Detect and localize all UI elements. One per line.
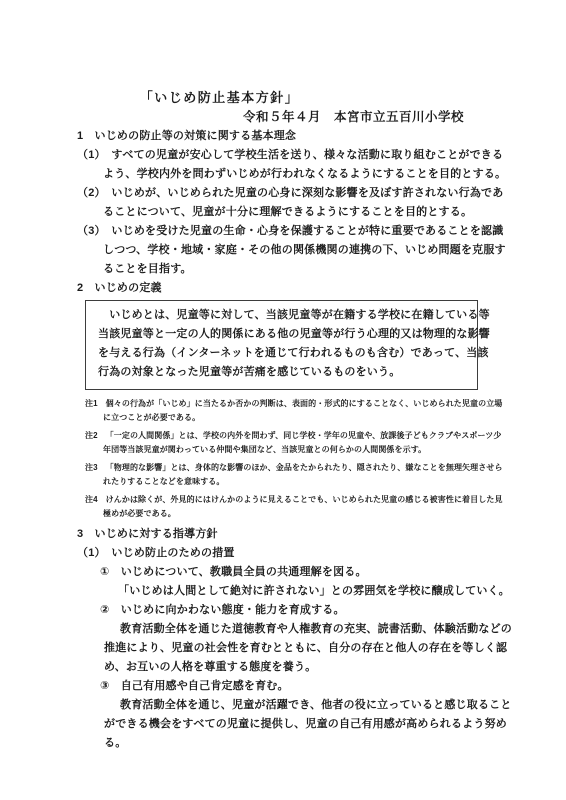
document-content: 「いじめ防止基本方針」 令和５年４月 本宮市立五百川小学校 1 いじめの防止等の… bbox=[0, 0, 490, 753]
definition-line: いじめとは、児童等に対して、当該児童等が在籍する学校に在籍している等 bbox=[98, 306, 465, 325]
text-line: ができる機会をすべての児童に提供し、児童の自己有用感が高められるよう努め bbox=[104, 715, 490, 734]
section3-subheading: （1） いじめ防止のための措置 bbox=[77, 544, 490, 563]
text-line: よう、学校内外を問わずいじめが行われなくなるようにすることを目的とする。 bbox=[103, 165, 490, 184]
footnote-text: 年団等当該児童が関わっている仲間や集団など、当該児童との何らかの人間関係を示す。 bbox=[103, 443, 490, 457]
text-line: 教育活動全体を通じ、児童が活躍でき、他者の役に立っていると感じ取ること bbox=[120, 696, 490, 715]
footnote-text: 極めが必要である。 bbox=[103, 507, 490, 521]
text-line: （1） すべての児童が安心して学校生活を送り、様々な活動に取り組むことができる bbox=[77, 146, 490, 165]
text-line: 「いじめは人間として絶対に許されない」との雰囲気を学校に醸成していく。 bbox=[118, 582, 490, 601]
footnote-label: 注4 bbox=[85, 493, 98, 507]
document-title: 「いじめ防止基本方針」 bbox=[77, 87, 362, 108]
footnote-2: 注2「一定の人間関係」とは、学校の内外を問わず、同じ学校・学年の児童や、放課後子… bbox=[85, 429, 490, 457]
footnote-3: 注3「物理的な影響」とは、身体的な影響のほか、金品をたかられたり、隠されたり、嫌… bbox=[85, 461, 490, 489]
section3-heading: 3 いじめに対する指導方針 bbox=[77, 525, 490, 544]
section1-heading: 1 いじめの防止等の対策に関する基本理念 bbox=[77, 127, 490, 146]
section2-heading: 2 いじめの定義 bbox=[77, 279, 490, 298]
footnote-text: けんかは除くが、外見的にはけんかのように見えることでも、いじめられた児童の感じる… bbox=[106, 495, 503, 504]
numbered-item-1: ① いじめについて、教職員全員の共通理解を図る。 bbox=[100, 563, 490, 582]
definition-line: 当該児童等と一定の人的関係にある他の児童等が行う心理的又は物理的な影響 bbox=[98, 325, 465, 344]
numbered-item-3: ③ 自己有用感や自己肯定感を育む。 bbox=[100, 677, 490, 696]
footnote-1: 注1個々の行為が「いじめ」に当たるか否かの判断は、表面的・形式的にすることなく、… bbox=[85, 397, 490, 425]
footnote-text: れたりすることなどを意味する。 bbox=[103, 475, 490, 489]
footnote-4: 注4けんかは除くが、外見的にはけんかのように見えることでも、いじめられた児童の感… bbox=[85, 493, 490, 521]
footnote-label: 注3 bbox=[85, 461, 98, 475]
text-line: ることを目指す。 bbox=[103, 260, 490, 279]
footnote-label: 注1 bbox=[85, 397, 98, 411]
definition-line: 行為の対象となった児童等が苦痛を感じているものをいう。 bbox=[98, 363, 465, 382]
text-line: しつつ、学校・地域・家庭・その他の関係機関の連携の下、いじめ問題を克服す bbox=[103, 241, 490, 260]
text-line: 教育活動全体を通じた道徳教育や人権教育の充実、読書活動、体験活動などの bbox=[120, 620, 490, 639]
definition-line: を与える行為（インターネットを通じて行われるものも含む）であって、当該 bbox=[98, 344, 465, 363]
definition-box: いじめとは、児童等に対して、当該児童等が在籍する学校に在籍している等 当該児童等… bbox=[85, 300, 478, 390]
footnotes: 注1個々の行為が「いじめ」に当たるか否かの判断は、表面的・形式的にすることなく、… bbox=[77, 397, 490, 521]
footnote-label: 注2 bbox=[85, 429, 98, 443]
footnote-text: 個々の行為が「いじめ」に当たるか否かの判断は、表面的・形式的にすることなく、いじ… bbox=[106, 399, 503, 408]
footnote-text: 「一定の人間関係」とは、学校の内外を問わず、同じ学校・学年の児童や、放課後子ども… bbox=[106, 431, 502, 440]
date-and-school-line: 令和５年４月 本宮市立五百川小学校 bbox=[77, 108, 464, 127]
numbered-item-2: ② いじめに向かわない態度・能力を育成する。 bbox=[100, 601, 490, 620]
text-line: る。 bbox=[104, 734, 490, 753]
footnote-text: 「物理的な影響」とは、身体的な影響のほか、金品をたかられたり、隠されたり、嫌なこ… bbox=[106, 463, 503, 472]
footnote-text: に立つことが必要である。 bbox=[103, 411, 490, 425]
text-line: め、お互いの人格を尊重する態度を養う。 bbox=[104, 658, 490, 677]
text-line: ることについて、児童が十分に理解できるようにすることを目的とする。 bbox=[103, 203, 490, 222]
text-line: （2） いじめが、いじめられた児童の心身に深刻な影響を及ぼす許されない行為であ bbox=[77, 184, 490, 203]
text-line: 推進により、児童の社会性を育むとともに、自分の存在と他人の存在を等しく認 bbox=[104, 639, 490, 658]
text-line: （3） いじめを受けた児童の生命・心身を保護することが特に重要であることを認識 bbox=[77, 222, 490, 241]
document-page: 「いじめ防止基本方針」 令和５年４月 本宮市立五百川小学校 1 いじめの防止等の… bbox=[0, 0, 566, 800]
